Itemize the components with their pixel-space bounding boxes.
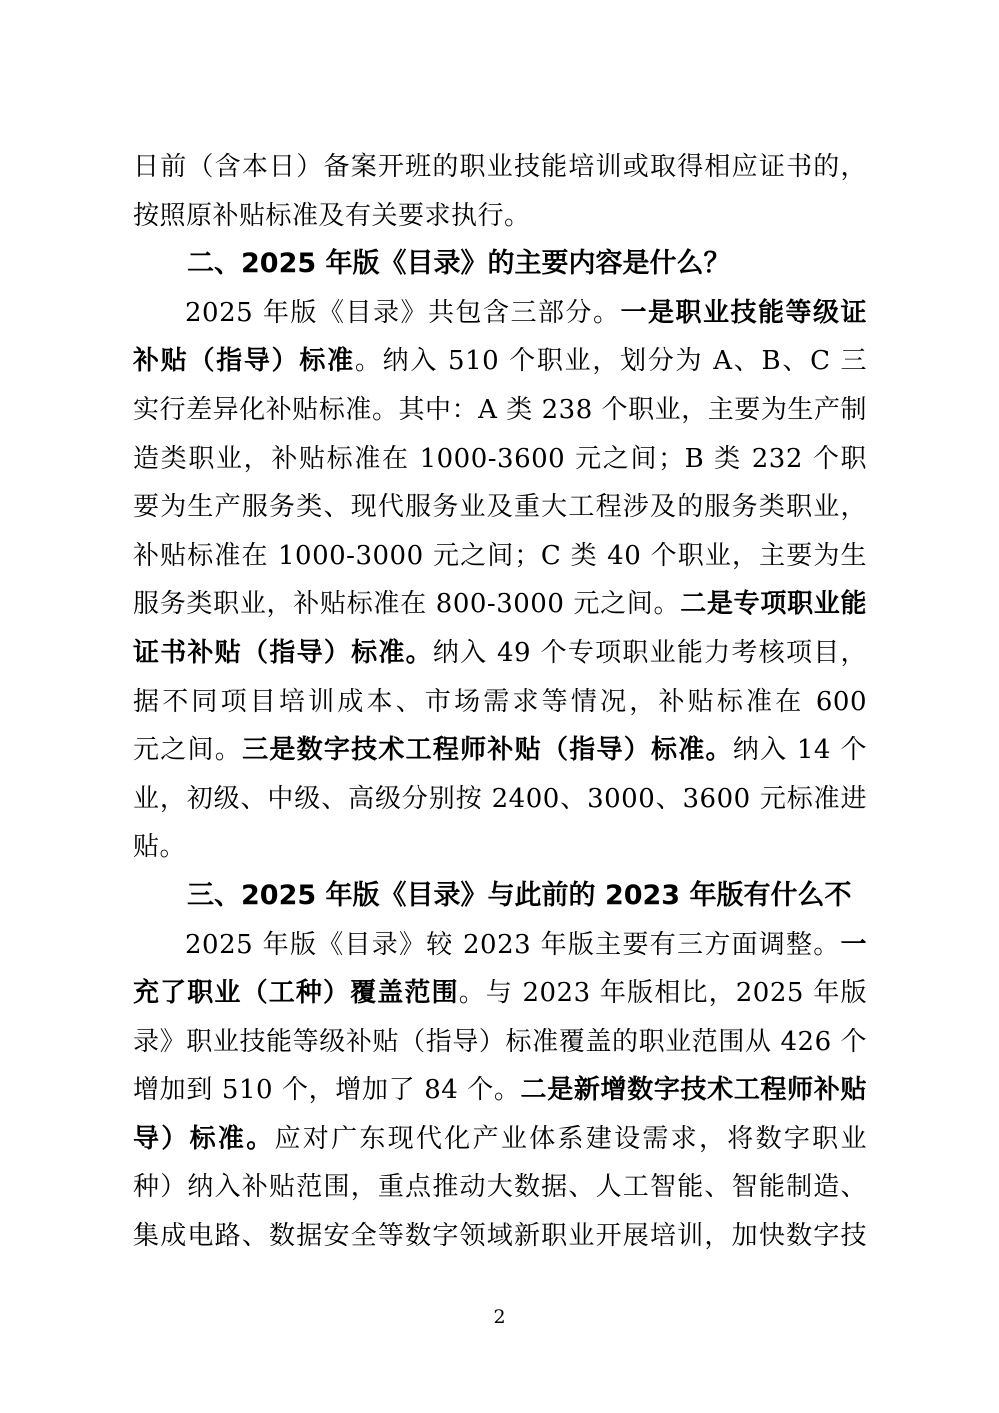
text-line: 业，初级、中级、高级分别按 2400、3000、3600 元标准进行补 xyxy=(133,775,867,824)
heading-line: 三、2025 年版《目录》与此前的 2023 年版有什么不同？ xyxy=(133,872,867,921)
text-run: 实行差异化补贴标准。其中：A 类 238 个职业，主要为生产制 xyxy=(133,395,867,425)
heading-line: 二、2025 年版《目录》的主要内容是什么？ xyxy=(133,240,867,289)
text-run: 增加到 510 个，增加了 84 个。 xyxy=(133,1075,521,1105)
text-line: 据不同项目培训成本、市场需求等情况，补贴标准在 600 元-1200 xyxy=(133,678,867,727)
page-number: 2 xyxy=(0,1302,999,1332)
text-run: 种）纳入补贴范围，重点推动大数据、人工智能、智能制造、 xyxy=(133,1172,867,1202)
text-run: 按照原补贴标准及有关要求执行。 xyxy=(133,201,531,231)
text-run: 集成电路、数据安全等数字领域新职业开展培训，加快数字技 xyxy=(133,1221,867,1251)
bold-text-run: 三、2025 年版《目录》与此前的 2023 年版有什么不同？ xyxy=(133,880,852,921)
text-run: 日前（含本日）备案开班的职业技能培训或取得相应证书的， xyxy=(133,152,867,182)
bold-text-run: 补贴（指导）标准 xyxy=(133,346,355,376)
bold-text-run: 充了职业（工种）覆盖范围 xyxy=(133,978,459,1008)
text-run: 服务类职业，补贴标准在 800-3000 元之间。 xyxy=(133,589,680,619)
text-line: 补贴标准在 1000-3000 元之间；C 类 40 个职业，主要为生活性 xyxy=(133,532,867,581)
text-line: 证书补贴（指导）标准。纳入 49 个专项职业能力考核项目，根 xyxy=(133,629,867,678)
text-line: 日前（含本日）备案开班的职业技能培训或取得相应证书的， xyxy=(133,143,867,192)
bold-text-run: 三是数字技术工程师补贴（指导）标准。 xyxy=(242,735,733,765)
text-line: 按照原补贴标准及有关要求执行。 xyxy=(133,192,867,241)
text-run: 补贴标准在 1000-3000 元之间；C 类 40 个职业，主要为生活性 xyxy=(133,541,867,581)
text-line: 2025 年版《目录》共包含三部分。一是职业技能等级证书 xyxy=(133,289,867,338)
text-line: 补贴（指导）标准。纳入 510 个职业，划分为 A、B、C 三类， xyxy=(133,337,867,386)
text-run: 据不同项目培训成本、市场需求等情况，补贴标准在 600 元-1200 xyxy=(133,687,867,727)
text-run: 录》职业技能等级补贴（指导）标准覆盖的职业范围从 426 个 xyxy=(133,1027,867,1057)
text-line: 元之间。三是数字技术工程师补贴（指导）标准。纳入 14 个职 xyxy=(133,726,867,775)
text-run: 贴。 xyxy=(133,832,186,862)
text-line: 造类职业，补贴标准在 1000-3600 元之间；B 类 232 个职业，主 xyxy=(133,435,867,484)
bold-text-run: 二、2025 年版《目录》的主要内容是什么？ xyxy=(187,248,731,279)
text-line: 导）标准。应对广东现代化产业体系建设需求，将数字职业（工 xyxy=(133,1115,867,1164)
text-run: 元之间。 xyxy=(133,735,242,765)
document-page: 日前（含本日）备案开班的职业技能培训或取得相应证书的，按照原补贴标准及有关要求执… xyxy=(0,0,999,1413)
text-run: 要为生产服务类、现代服务业及重大工程涉及的服务类职业， xyxy=(133,492,867,522)
text-line: 充了职业（工种）覆盖范围。与 2023 年版相比，2025 年版《目 xyxy=(133,969,867,1018)
text-run: 造类职业，补贴标准在 1000-3600 元之间；B 类 232 个职业，主 xyxy=(133,444,867,484)
text-line: 增加到 510 个，增加了 84 个。二是新增数字技术工程师补贴（指 xyxy=(133,1066,867,1115)
text-line: 实行差异化补贴标准。其中：A 类 238 个职业，主要为生产制 xyxy=(133,386,867,435)
text-line: 种）纳入补贴范围，重点推动大数据、人工智能、智能制造、 xyxy=(133,1163,867,1212)
text-line: 录》职业技能等级补贴（指导）标准覆盖的职业范围从 426 个 xyxy=(133,1018,867,1067)
text-line: 贴。 xyxy=(133,823,867,872)
text-run: 业，初级、中级、高级分别按 2400、3000、3600 元标准进行补 xyxy=(133,784,867,824)
bold-text-run: 导）标准。 xyxy=(133,1124,275,1154)
text-run: 2025 年版《目录》共包含三部分。 xyxy=(185,298,620,328)
document-body: 日前（含本日）备案开班的职业技能培训或取得相应证书的，按照原补贴标准及有关要求执… xyxy=(133,143,867,1261)
text-line: 服务类职业，补贴标准在 800-3000 元之间。二是专项职业能力 xyxy=(133,580,867,629)
text-run: 2025 年版《目录》较 2023 年版主要有三方面调整。 xyxy=(185,930,840,960)
text-line: 2025 年版《目录》较 2023 年版主要有三方面调整。一是扩 xyxy=(133,921,867,970)
bold-text-run: 证书补贴（指导）标准。 xyxy=(133,638,433,668)
text-line: 要为生产服务类、现代服务业及重大工程涉及的服务类职业， xyxy=(133,483,867,532)
text-line: 集成电路、数据安全等数字领域新职业开展培训，加快数字技 xyxy=(133,1212,867,1261)
